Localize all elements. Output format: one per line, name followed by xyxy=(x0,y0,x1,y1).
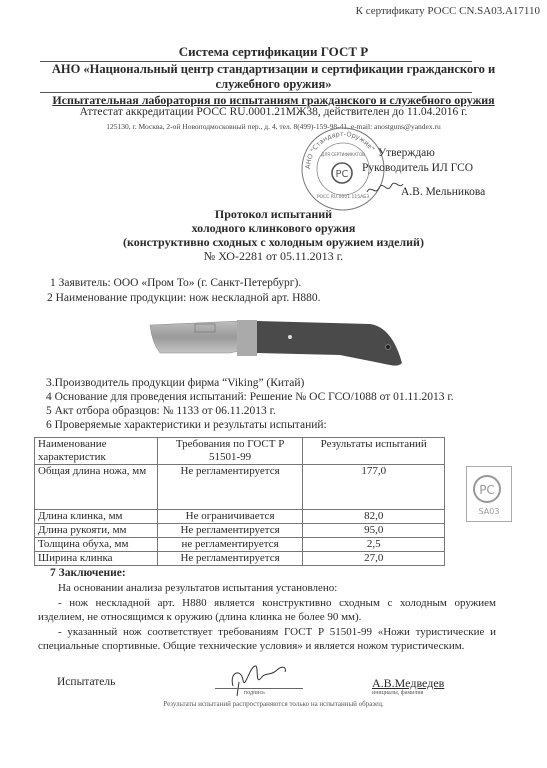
table-cell: Общая длина ножа, мм xyxy=(35,465,158,510)
tester-name: А.В.Медведев xyxy=(372,676,444,691)
protocol-number: № ХО-2281 от 05.11.2013 г. xyxy=(100,249,447,264)
approval-role: Руководитель ИЛ ГСО xyxy=(362,162,473,174)
table-cell: 177,0 xyxy=(303,465,445,510)
stamp-inner-text: ДЛЯ СЕРТИФИКАТОВ xyxy=(321,152,365,157)
table-row: Общая длина ножа, мм Не регламентируется… xyxy=(35,465,445,510)
table-header: Требования по ГОСТ Р 51501-99 xyxy=(157,438,303,465)
table-cell: 95,0 xyxy=(303,524,445,538)
table-cell: Не регламентируется xyxy=(157,552,303,566)
footnote: Результаты испытаний распространяются то… xyxy=(0,700,547,708)
conclusion-point-1: - нож нескладной арт. Н880 является конс… xyxy=(38,596,496,624)
organization-name: АНО «Национальный центр стандартизации и… xyxy=(30,62,517,92)
organization-name-line1: АНО «Национальный центр стандартизации и… xyxy=(30,62,517,77)
test-results-table: Наименование характеристик Требования по… xyxy=(34,437,445,566)
sampling-item: 5 Акт отбора образцов: № 1133 от 06.11.2… xyxy=(46,405,276,417)
conclusion-intro: На основании анализа результатов испытан… xyxy=(38,581,496,595)
organization-name-line2: служебного оружия» xyxy=(30,77,517,92)
approver-signature xyxy=(365,180,405,198)
signature-line xyxy=(215,688,303,689)
table-cell: не регламентируется xyxy=(157,538,303,552)
table-cell: Ширина клинка xyxy=(35,552,158,566)
stamp-mark: РС xyxy=(335,169,348,180)
conclusion-point-2: - указанный нож соответствует требования… xyxy=(38,625,496,653)
knife-photo xyxy=(140,315,420,370)
table-header-row: Наименование характеристик Требования по… xyxy=(35,438,445,465)
table-header: Результаты испытаний xyxy=(303,438,445,465)
manufacturer-item: 3.Производитель продукции фирма “Viking”… xyxy=(46,377,304,389)
table-cell: Не регламентируется xyxy=(157,524,303,538)
checked-characteristics-item: 6 Проверяемые характеристики и результат… xyxy=(46,419,327,431)
applicant-item: 1 Заявитель: ООО «Пром То» (г. Санкт-Пет… xyxy=(50,277,301,289)
table-cell: 27,0 xyxy=(303,552,445,566)
tester-label: Испытатель xyxy=(57,676,115,688)
address-contacts: 125130, г. Москва, 2-ой Новоподмосковный… xyxy=(0,122,547,131)
table-row: Длина рукояти, мм Не регламентируется 95… xyxy=(35,524,445,538)
approver-name: А.В. Мельникова xyxy=(401,186,485,198)
protocol-title-line3: (конструктивно сходных с холодным оружие… xyxy=(100,235,447,249)
table-cell: 2,5 xyxy=(303,538,445,552)
protocol-title-line1: Протокол испытаний xyxy=(100,207,447,221)
tester-name-caption: инициалы, фамилия xyxy=(372,690,423,696)
protocol-title: Протокол испытаний холодного клинкового … xyxy=(100,207,447,249)
table-cell: Длина клинка, мм xyxy=(35,510,158,524)
table-row: Длина клинка, мм Не ограничивается 82,0 xyxy=(35,510,445,524)
table-row: Толщина обуха, мм не регламентируется 2,… xyxy=(35,538,445,552)
table-cell: Длина рукояти, мм xyxy=(35,524,158,538)
conclusion-heading: 7 Заключение: xyxy=(50,567,126,579)
stamp-reg-text: РОСС RU.0001.115АБ3 xyxy=(317,194,369,200)
table-row: Ширина клинка Не регламентируется 27,0 xyxy=(35,552,445,566)
certificate-reference: К сертификату РОСС CN.SA03.A17110 xyxy=(260,5,540,17)
table-header: Наименование характеристик xyxy=(35,438,158,465)
system-title: Система сертификации ГОСТ Р xyxy=(0,44,547,60)
table-cell: Не регламентируется xyxy=(157,465,303,510)
table-cell: 82,0 xyxy=(303,510,445,524)
table-cell: Не ограничивается xyxy=(157,510,303,524)
signature-caption: подпись xyxy=(244,690,265,696)
protocol-title-line2: холодного клинкового оружия xyxy=(100,221,447,235)
product-item: 2 Наименование продукции: нож нескладной… xyxy=(47,292,321,304)
approval-label: Утверждаю xyxy=(378,147,435,159)
basis-item: 4 Основание для проведения испытаний: Ре… xyxy=(46,391,454,403)
accreditation-text: Аттестат аккредитации РОСС RU.0001.21МЖ3… xyxy=(0,106,547,118)
conformity-mark-code: SA03 xyxy=(479,507,500,516)
conformity-mark-symbol: РС xyxy=(479,483,495,497)
conformity-mark-icon: РС SA03 xyxy=(466,466,512,522)
table-cell: Толщина обуха, мм xyxy=(35,538,158,552)
